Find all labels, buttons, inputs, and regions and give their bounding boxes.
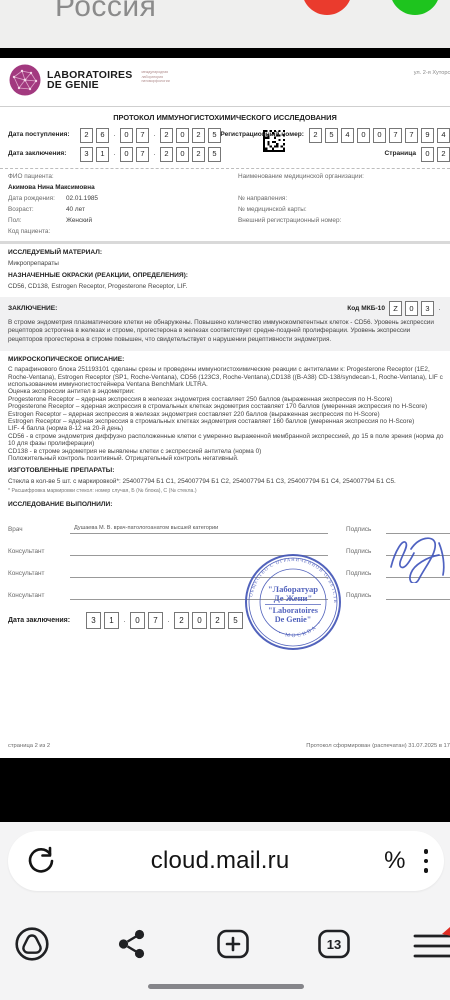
digit-box: 2: [174, 612, 189, 629]
stamp-line3: "Laboratoires: [268, 606, 318, 615]
document-meta: Дата поступления: 26.07.2025 Дата заключ…: [8, 128, 442, 166]
digit-box: 2: [192, 128, 205, 143]
digit-box: 5: [228, 612, 243, 629]
digit-box: 2: [160, 147, 173, 162]
document-header: LABORATOIRES DE GENIE международнаялабор…: [8, 63, 442, 103]
signature-label: Подпись: [346, 570, 386, 579]
conclusion-label: ЗАКЛЮЧЕНИЕ:: [8, 305, 57, 313]
conclusion-section: ЗАКЛЮЧЕНИЕ: Код МКБ-10 Z03. В строме энд…: [0, 297, 450, 351]
digit-box: 2: [80, 128, 93, 143]
footer-print-info: Протокол сформирован (распечатан) 31.07.…: [306, 743, 450, 751]
digit-box: 5: [325, 128, 338, 143]
receipt-date-label: Дата поступления:: [8, 131, 80, 139]
signature-label: Подпись: [346, 548, 386, 557]
performer-name: Душаева М. В. врач-патологоанатом высшей…: [74, 525, 218, 533]
digit-box: 0: [176, 147, 189, 162]
digit-box: 5: [208, 128, 221, 143]
micro-paragraph: Progesterone Receptor – ядерная экспресс…: [8, 403, 444, 410]
contact-line: ул. 2-я Хуторская, д. 38А, стр: [414, 70, 450, 77]
digit-box: 0: [176, 128, 189, 143]
birth-label: Дата рождения:: [8, 195, 66, 203]
ext-reg-label: Внешний регистрационный номер:: [238, 217, 341, 225]
sex-value: Женский: [66, 217, 92, 225]
fio-label: ФИО пациента:: [8, 173, 238, 181]
lab-logo-text: LABORATOIRES DE GENIE: [47, 70, 132, 91]
home-indicator[interactable]: [148, 984, 304, 989]
slides-label: ИЗГОТОВЛЕННЫЕ ПРЕПАРАТЫ:: [8, 467, 442, 475]
org-label: Наименование медицинской организации:: [238, 173, 442, 181]
assistant-icon[interactable]: [14, 926, 50, 962]
digit-box: 7: [136, 128, 149, 143]
conclusion-date-boxes: 31.07.2025: [80, 147, 221, 162]
lab-round-stamp: ОБЩЕСТВО С ОГРАНИЧЕННОЙ ОТВЕТСТВЕННОСТЬЮ…: [243, 552, 343, 652]
digit-box: 0: [130, 612, 145, 629]
digit-box: 3: [421, 301, 434, 316]
digit-box: 2: [160, 128, 173, 143]
performer-role: Врач: [8, 526, 70, 535]
section-divider: [0, 241, 450, 244]
digit-box: 7: [389, 128, 402, 143]
referral-label: № направления:: [238, 195, 287, 203]
letterbox-top: [0, 48, 450, 58]
digit-box: 1: [96, 147, 109, 162]
footer-page-indicator: страница 2 из 2: [8, 743, 50, 751]
digit-box: 4: [437, 128, 450, 143]
digit-box: 3: [86, 612, 101, 629]
carrier-label: Россия: [55, 0, 156, 24]
stamp-line4: De Genie": [275, 615, 312, 624]
date-bottom-label: Дата заключения:: [8, 617, 86, 625]
meta-divider: [0, 168, 450, 169]
dot-separator: .: [166, 617, 171, 625]
patient-name: Акимова Нина Максимовна: [8, 184, 238, 192]
age-label: Возраст:: [8, 206, 66, 214]
letterbox-bottom: [0, 758, 450, 822]
more-options-icon[interactable]: [424, 849, 429, 873]
address-bar[interactable]: cloud.mail.ru %: [8, 831, 444, 891]
micro-paragraph: Положительный контроль позитивный. Отриц…: [8, 455, 444, 462]
digit-box: 0: [192, 612, 207, 629]
digit-box: 0: [357, 128, 370, 143]
dot-separator: .: [112, 150, 117, 158]
page-boxes: 02: [421, 147, 450, 162]
micro-paragraph: Оценка экспрессии антител в эндометрии:: [8, 388, 444, 395]
percent-zoom-button[interactable]: %: [384, 847, 405, 875]
icd-label: Код МКБ-10: [347, 305, 385, 313]
document-title: ПРОТОКОЛ ИММУНОГИСТОХИМИЧЕСКОГО ИССЛЕДОВ…: [8, 114, 442, 122]
signature-label: Подпись: [346, 592, 386, 601]
slides-text: Стекла в кол-ве 5 шт. с маркировкой*: 25…: [8, 478, 442, 486]
digit-box: 2: [210, 612, 225, 629]
stains-value: CD56, CD138, Estrogen Receptor, Progeste…: [8, 283, 442, 291]
digit-box: 2: [192, 147, 205, 162]
browser-chrome: cloud.mail.ru %: [0, 822, 450, 1000]
header-divider: [0, 106, 450, 107]
performer-row: КонсультантПодпись: [8, 556, 442, 578]
slides-footnote: * Расшифровка маркировки стекол: номер с…: [8, 488, 442, 496]
url-text[interactable]: cloud.mail.ru: [56, 847, 384, 875]
digit-box: Z: [389, 301, 402, 316]
material-label: ИССЛЕДУЕМЫЙ МАТЕРИАЛ:: [8, 249, 442, 257]
performers-label: ИССЛЕДОВАНИЕ ВЫПОЛНИЛИ:: [8, 501, 442, 509]
share-icon[interactable]: [114, 926, 150, 962]
dot-separator: .: [437, 305, 442, 313]
signature-line: [386, 589, 450, 600]
micro-description: С парафинового блока 251193101 сделаны с…: [8, 366, 442, 462]
contact-line: 127287, г. Моск: [414, 63, 450, 70]
digit-box: 0: [120, 128, 133, 143]
digit-box: 0: [405, 301, 418, 316]
digit-box: 0: [120, 147, 133, 162]
lab-contact-block: 127287, г. Москул. 2-я Хуторская, д. 38А…: [414, 63, 450, 91]
call-banner: Россия: [0, 0, 450, 48]
bottom-toolbar: 13: [0, 912, 450, 982]
sex-label: Пол:: [8, 217, 66, 225]
reg-number-boxes: 254007794: [309, 128, 450, 143]
refresh-icon[interactable]: [26, 846, 56, 876]
micro-label: МИКРОСКОПИЧЕСКОЕ ОПИСАНИЕ:: [8, 356, 442, 364]
digit-box: 4: [341, 128, 354, 143]
digit-box: 2: [309, 128, 322, 143]
dot-separator: .: [152, 131, 157, 139]
micro-paragraph: С парафинового блока 251193101 сделаны с…: [8, 366, 444, 388]
contact-line: www.ldg: [414, 84, 450, 91]
accept-call-button[interactable]: [390, 0, 440, 15]
contact-line: +7 (495) 28-000: [414, 77, 450, 84]
phone-screen: Россия: [0, 0, 450, 1000]
performer-name-line: Душаева М. В. врач-патологоанатом высшей…: [70, 523, 328, 534]
patient-code-label: Код пациента:: [8, 228, 66, 236]
performer-row: КонсультантПодпись: [8, 534, 442, 556]
performer-role: Консультант: [8, 548, 70, 557]
micro-paragraph: CD138 - в строме эндометрия не выявлены …: [8, 448, 444, 455]
signature-label: Подпись: [346, 526, 386, 535]
decline-call-button[interactable]: [302, 0, 352, 15]
digit-box: 7: [136, 147, 149, 162]
dot-separator: .: [122, 617, 127, 625]
digit-box: 7: [405, 128, 418, 143]
lab-logo-icon: [8, 63, 42, 97]
doctor-signature: [383, 533, 450, 583]
material-value: Микропрепараты: [8, 260, 442, 268]
patient-block: ФИО пациента: Акимова Нина Максимовна Да…: [8, 173, 442, 236]
performer-role: Консультант: [8, 570, 70, 579]
pdf-document-page: LABORATOIRES DE GENIE международнаялабор…: [0, 58, 450, 758]
date-bottom-boxes: 31.07.2025: [86, 612, 243, 629]
conclusion-text: В строме эндометрия плазматические клетк…: [8, 319, 442, 345]
menu-icon[interactable]: [412, 926, 450, 966]
dot-separator: .: [152, 150, 157, 158]
stains-label: НАЗНАЧЕННЫЕ ОКРАСКИ (РЕАКЦИИ, ОПРЕДЕЛЕНИ…: [8, 272, 442, 280]
lab-tagline: международнаялабораторияпатоморфологии: [141, 70, 169, 83]
digit-box: 9: [421, 128, 434, 143]
performer-role: Консультант: [8, 592, 70, 601]
age-value: 40 лет: [66, 206, 85, 214]
performer-row: ВрачДушаева М. В. врач-патологоанатом вы…: [8, 512, 442, 534]
digit-box: 3: [80, 147, 93, 162]
digit-box: 0: [373, 128, 386, 143]
new-tab-icon[interactable]: [215, 926, 251, 962]
tabs-counter-icon[interactable]: 13: [316, 926, 352, 962]
reg-number-label: Регистрационный номер:: [220, 131, 304, 139]
conclusion-date-label: Дата заключения:: [8, 150, 80, 158]
med-card-label: № медицинской карты:: [238, 206, 307, 214]
tabs-count: 13: [327, 937, 341, 952]
icd-boxes: Z03.: [389, 301, 442, 316]
dot-separator: .: [112, 131, 117, 139]
performer-row: КонсультантПодпись: [8, 578, 442, 600]
birth-value: 02.01.1985: [66, 195, 98, 203]
digit-box: 7: [148, 612, 163, 629]
digit-box: 0: [421, 147, 434, 162]
receipt-date-boxes: 26.07.2025: [80, 128, 221, 143]
digit-box: 6: [96, 128, 109, 143]
digit-box: 2: [437, 147, 450, 162]
digit-box: 1: [104, 612, 119, 629]
micro-paragraph: CD56 - в строме эндометрия диффузно расп…: [8, 433, 444, 448]
page-label: Страница: [384, 150, 416, 158]
performers-rows: ВрачДушаева М. В. врач-патологоанатом вы…: [8, 512, 442, 600]
micro-paragraph: LIF- 4 балла (норма 8-12 на 20-й день): [8, 425, 444, 432]
stamp-line2: Де Жени": [274, 593, 313, 603]
document-footer: страница 2 из 2 Протокол сформирован (ра…: [8, 743, 446, 751]
digit-box: 5: [208, 147, 221, 162]
micro-paragraph: Estrogen Receptor – ядерная экспрессия в…: [8, 411, 444, 418]
